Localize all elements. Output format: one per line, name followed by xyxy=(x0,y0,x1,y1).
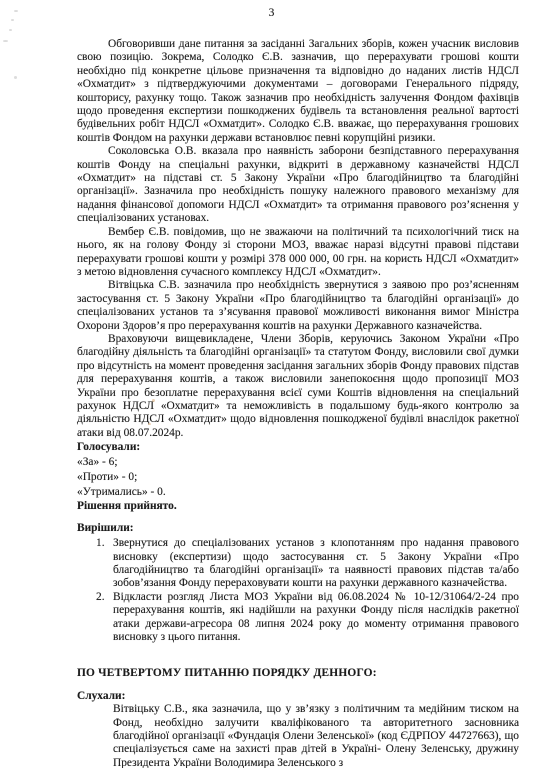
document-content: Обговоривши дане питання за засіданні За… xyxy=(77,38,519,768)
paragraph-vember-statement: Вембер Є.В. повідомив, що не зважаючи на… xyxy=(77,226,519,280)
decided-heading: Вирішили: xyxy=(77,522,519,535)
scan-speck xyxy=(9,29,12,31)
vote-abstained: «Утримались» - 0. xyxy=(77,486,519,499)
paragraph-vitvitska-statement: Вітвіцька С.В. зазначила про необхідніст… xyxy=(77,279,519,333)
decided-item-1-text: Звернутися до спеціалізованих установ з … xyxy=(113,537,519,589)
heard-label: Слухали: xyxy=(77,690,519,703)
paragraph-sokolovska-opinion: Соколовська О.В. вказала про наявність з… xyxy=(77,145,519,225)
scan-speck xyxy=(14,10,18,12)
paragraph-members-conclusion: Враховуючи вищевикладене, Члени Зборів, … xyxy=(77,333,519,440)
decision-result: Рішення прийнято. xyxy=(77,500,519,513)
vote-against: «Проти» - 0; xyxy=(77,471,519,484)
page-number: 3 xyxy=(0,7,543,20)
vote-for: «За» - 6; xyxy=(77,456,519,469)
decided-item-2: 2. Відкласти розгляд Листа МОЗ України в… xyxy=(77,591,519,645)
decided-item-1: 1. Звернутися до спеціалізованих установ… xyxy=(77,537,519,591)
scan-speck xyxy=(3,40,8,42)
decided-list: 1. Звернутися до спеціалізованих установ… xyxy=(77,537,519,644)
paragraph-solodko-opinion: Обговоривши дане питання за засіданні За… xyxy=(77,38,519,145)
scan-speck xyxy=(14,76,17,79)
scan-speck xyxy=(148,423,151,425)
voting-heading: Голосували: xyxy=(77,441,519,454)
list-number-1: 1. xyxy=(96,537,105,550)
document-page: 3 Обговоривши дане питання за засіданні … xyxy=(0,0,543,768)
agenda-item-4-heading: ПО ЧЕТВЕРТОМУ ПИТАННЮ ПОРЯДКУ ДЕННОГО: xyxy=(77,667,519,680)
heard-paragraph-vitvitska: Вітвіцьку С.В., яка зазначила, що у зв’я… xyxy=(113,703,519,768)
scan-speck xyxy=(11,19,14,21)
list-number-2: 2. xyxy=(96,591,105,604)
scan-speck xyxy=(152,399,155,402)
decided-item-2-text: Відкласти розгляд Листа МОЗ України від … xyxy=(113,591,519,643)
